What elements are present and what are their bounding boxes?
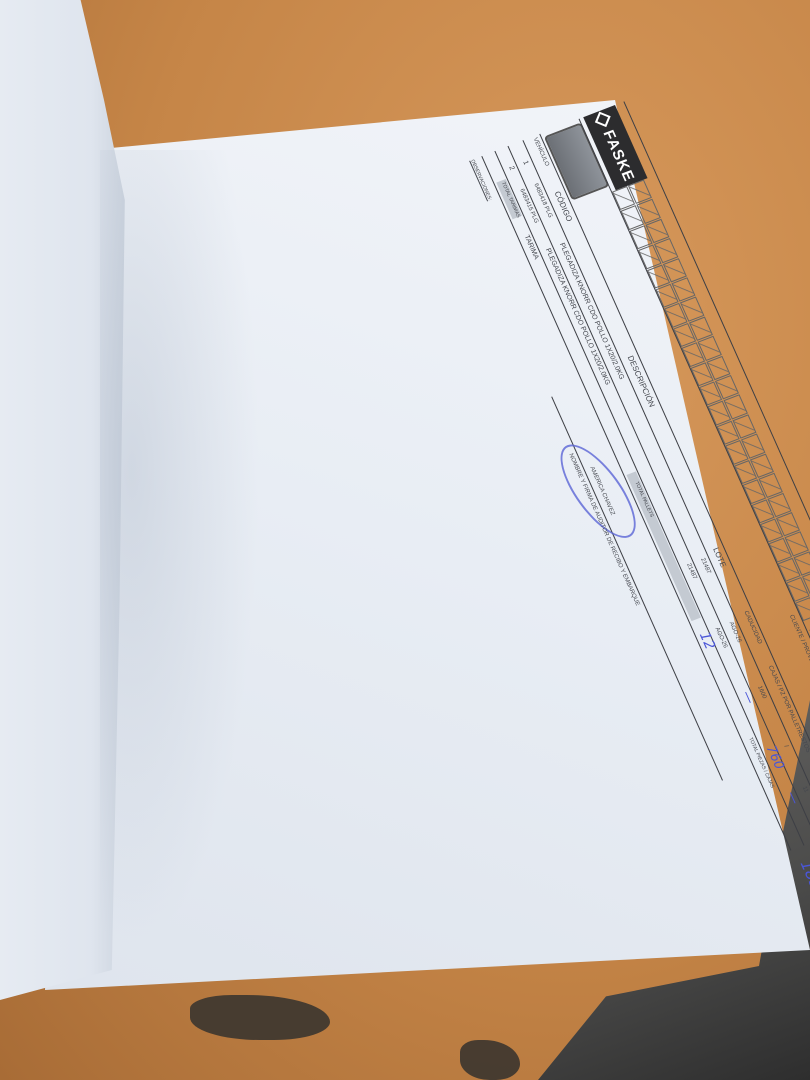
cliente-label: CLIENTE / PROVEEDOR: xyxy=(788,614,810,680)
col-restos: RESTOS xyxy=(795,729,810,754)
diamond-logo-icon xyxy=(595,112,611,128)
page-curl-shadow xyxy=(100,150,260,950)
observaciones-label: OBSERVACIONES: xyxy=(469,159,493,202)
